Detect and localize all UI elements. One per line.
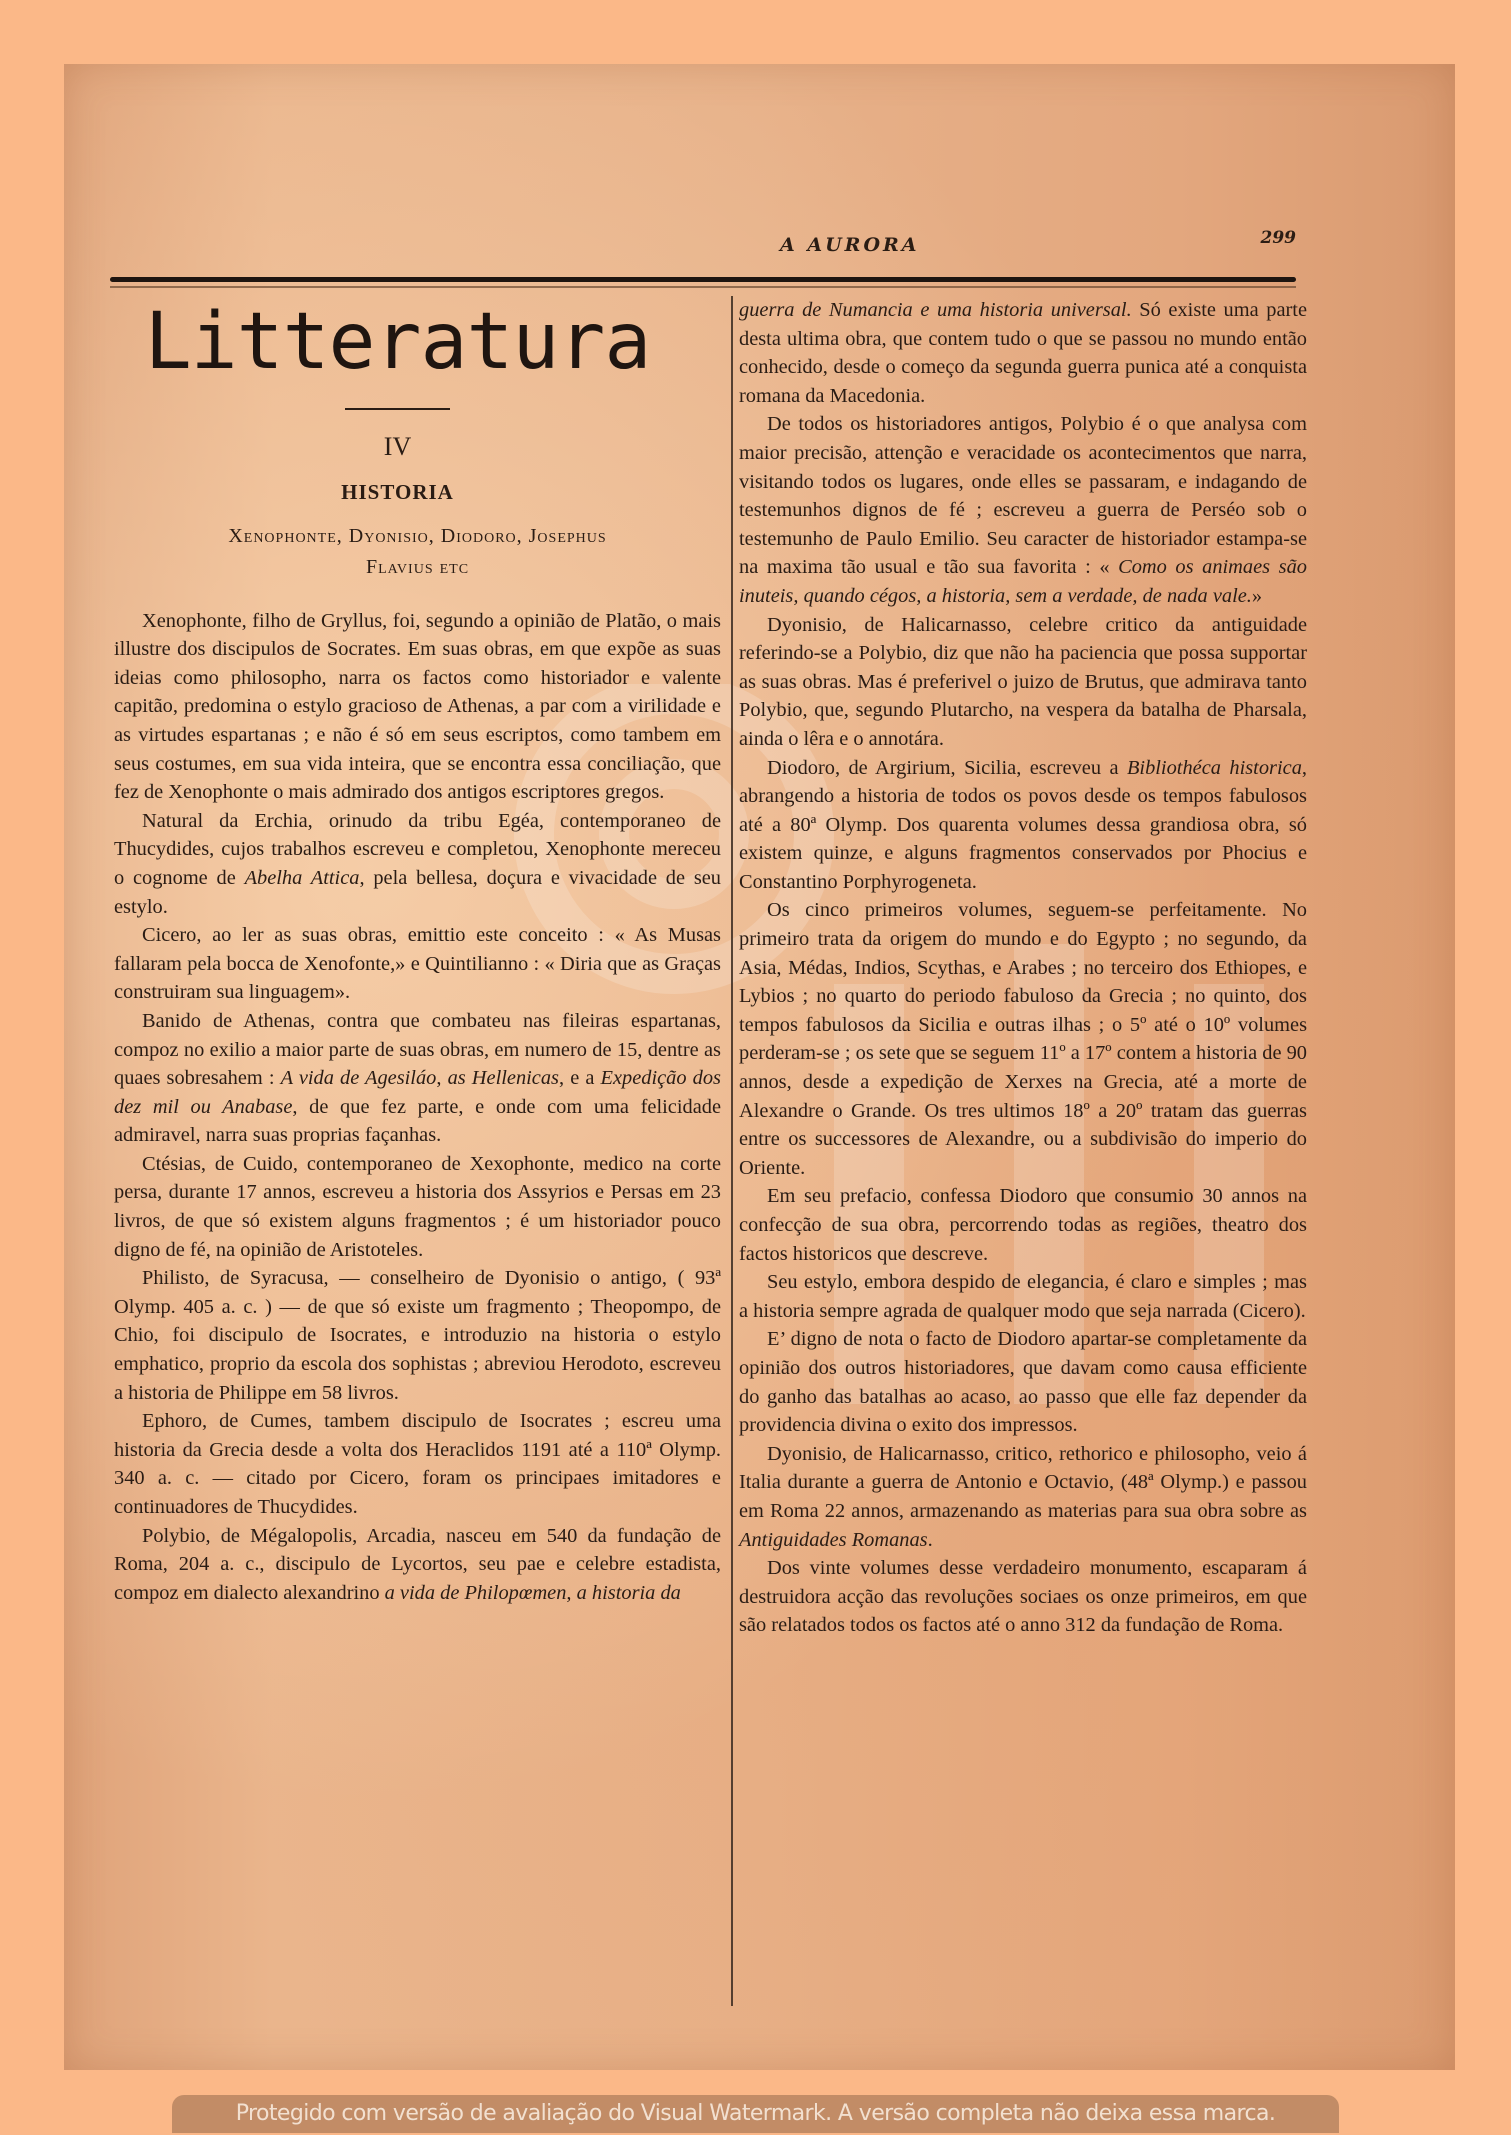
running-header: A AURORA 299	[110, 234, 1296, 258]
paragraph-text: , e a	[559, 1067, 601, 1089]
paragraph-banido: Banido de Athenas, contra que combateu n…	[114, 1007, 721, 1150]
paragraph-text: .	[928, 1529, 933, 1551]
chapter-subtitle: Xenophonte, Dyonisio, Diodoro, Josephus …	[114, 521, 721, 583]
paragraph-polybio-precision: De todos os historiadores antigos, Polyb…	[739, 410, 1307, 610]
left-column: Litteratura IV HISTORIA Xenophonte, Dyon…	[114, 296, 721, 1607]
paragraph-ctesias: Ctésias, de Cuido, contemporaneo de Xexo…	[114, 1150, 721, 1264]
paragraph-philisto: Philisto, de Syracusa, — conselheiro de …	[114, 1264, 721, 1407]
paragraph-text: »	[1252, 585, 1262, 607]
paragraph-diodoro: Diodoro, de Argirium, Sicilia, escreveu …	[739, 754, 1307, 897]
column-divider	[731, 296, 733, 2006]
paragraph-cicero: Cicero, ao ler as suas obras, emittio es…	[114, 921, 721, 1007]
paragraph-continuation: guerra de Numancia e uma historia univer…	[739, 296, 1307, 410]
paragraph-prefacio: Em seu prefacio, confessa Diodoro que co…	[739, 1182, 1307, 1268]
paragraph-erchia: Natural da Erchia, orinudo da tribu Egéa…	[114, 807, 721, 921]
paragraph-vinte-volumes: Dos vinte volumes desse verdadeiro monum…	[739, 1554, 1307, 1640]
paragraph-digno-de-nota: E’ digno de nota o facto de Diodoro apar…	[739, 1325, 1307, 1439]
chapter-number: IV	[94, 432, 701, 462]
paragraph-polybio: Polybio, de Mégalopolis, Arcadia, nasceu…	[114, 1522, 721, 1608]
watermark-notice-bar: Protegido com versão de avaliação do Vis…	[172, 2095, 1339, 2133]
chapter-subtitle-line: Flavius etc	[114, 552, 721, 583]
paragraph-dyonisio-critic: Dyonisio, de Halicarnasso, celebre criti…	[739, 611, 1307, 754]
paragraph-dyonisio-italia: Dyonisio, de Halicarnasso, critico, reth…	[739, 1440, 1307, 1554]
italic-title: as Hellenicas	[448, 1067, 559, 1089]
paragraph-ephoro: Ephoro, de Cumes, tambem discipulo de Is…	[114, 1407, 721, 1521]
italic-title: Antiguidades Romanas	[739, 1529, 928, 1551]
paragraph-xenophonte: Xenophonte, filho de Gryllus, foi, segun…	[114, 607, 721, 807]
header-rule	[110, 277, 1296, 282]
paragraph-text: Diodoro, de Argirium, Sicilia, escreveu …	[767, 757, 1127, 779]
italic-title: Bibliothéca historica	[1127, 757, 1302, 779]
italic-title: a vida de Philopœmen, a historia da	[385, 1582, 681, 1604]
paragraph-cinco-volumes: Os cinco primeiros volumes, seguem-se pe…	[739, 896, 1307, 1182]
page-number: 299	[1261, 228, 1297, 248]
paragraph-text: De todos os historiadores antigos, Polyb…	[739, 413, 1307, 578]
italic-title: A vida de Agesiláo	[281, 1067, 437, 1089]
spacer	[114, 583, 721, 607]
title-rule	[345, 408, 450, 410]
paragraph-text: Dyonisio, de Halicarnasso, critico, reth…	[739, 1443, 1307, 1522]
paragraph-estylo: Seu estylo, embora despido de elegancia,…	[739, 1268, 1307, 1325]
header-rule-thin	[110, 286, 1296, 288]
chapter-title: HISTORIA	[94, 478, 701, 507]
paragraph-text: ,	[436, 1067, 447, 1089]
scanned-page: A AURORA 299 Litteratura IV HISTORIA Xen…	[64, 64, 1455, 2070]
section-title: Litteratura	[114, 300, 721, 384]
italic-title: Abelha Attica	[245, 867, 360, 889]
publication-title: A AURORA	[780, 234, 920, 256]
italic-title: guerra de Numancia e uma historia univer…	[739, 299, 1132, 321]
chapter-subtitle-line: Xenophonte, Dyonisio, Diodoro, Josephus	[114, 521, 721, 552]
right-column: guerra de Numancia e uma historia univer…	[739, 296, 1307, 1640]
